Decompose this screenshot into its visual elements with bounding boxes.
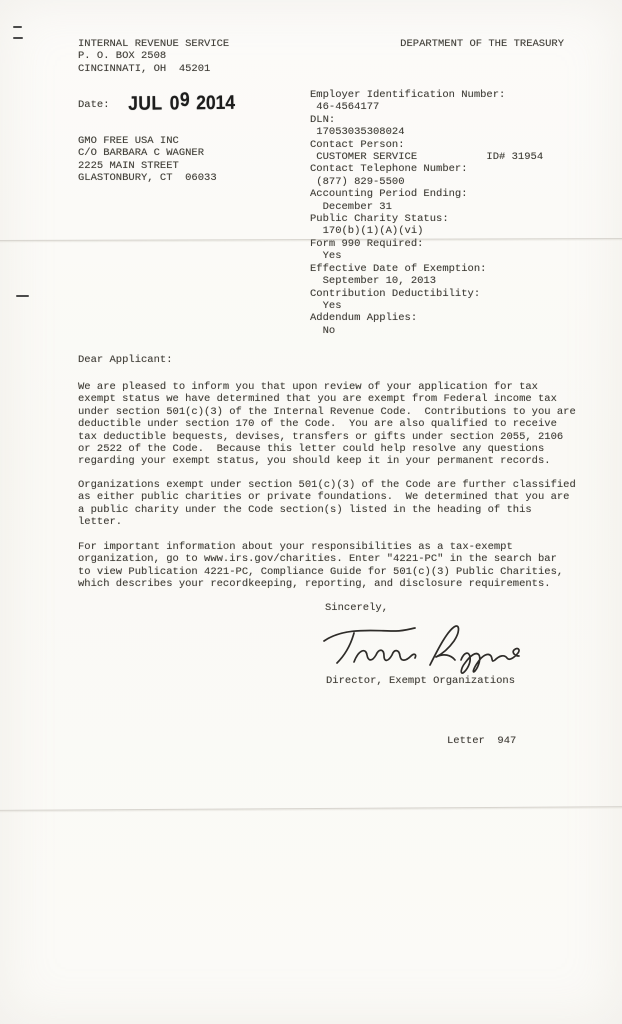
date-stamp-day-zero: 0 (170, 91, 180, 115)
department-header: DEPARTMENT OF THE TREASURY (400, 38, 564, 50)
body-paragraph-2: Organizations exempt under section 501(c… (78, 479, 576, 529)
scanned-letter-page: INTERNAL REVENUE SERVICE P. O. BOX 2508 … (0, 0, 622, 1024)
signature-handwriting (318, 618, 528, 674)
signer-title: Director, Exempt Organizations (326, 675, 515, 687)
date-stamp-day-nine: 9 (180, 87, 190, 111)
scan-edge-mark (13, 37, 23, 39)
letter-number: Letter 947 (447, 735, 516, 747)
scan-edge-mark (13, 26, 22, 28)
scan-edge-mark (16, 295, 29, 297)
date-stamp-month: JUL (128, 92, 163, 116)
closing-sincerely: Sincerely, (325, 602, 388, 614)
info-column: Employer Identification Number: 46-45641… (310, 89, 543, 337)
recipient-address: GMO FREE USA INC C/O BARBARA C WAGNER 22… (78, 135, 217, 185)
body-paragraph-1: We are pleased to inform you that upon r… (78, 381, 576, 468)
sender-address: INTERNAL REVENUE SERVICE P. O. BOX 2508 … (78, 38, 229, 75)
date-stamp: JUL092014 (128, 91, 235, 116)
salutation: Dear Applicant: (78, 354, 173, 366)
date-stamp-year: 2014 (196, 91, 235, 115)
date-label: Date: (78, 99, 110, 111)
body-paragraph-3: For important information about your res… (78, 541, 563, 591)
fold-crease-bottom (0, 806, 622, 811)
